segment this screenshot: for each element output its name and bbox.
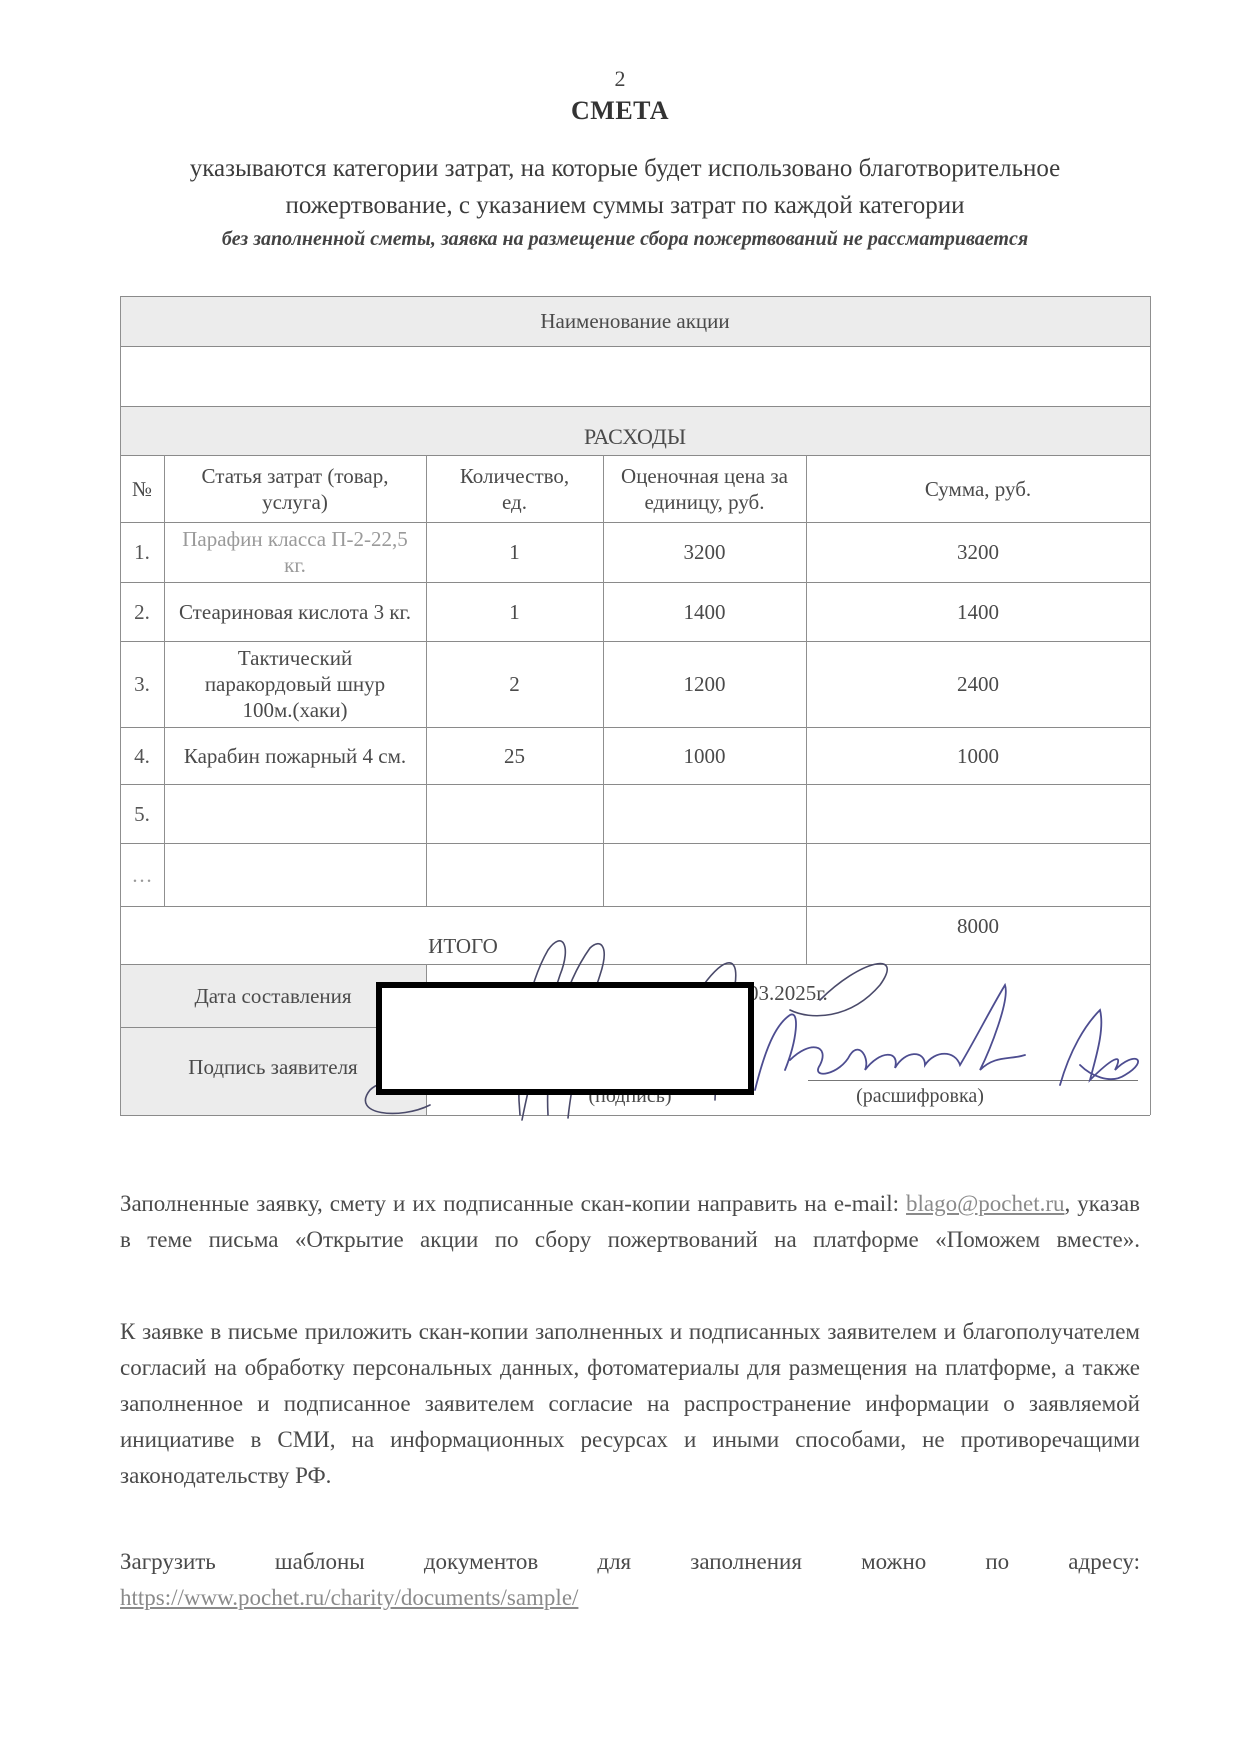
action-name-field[interactable] [120,346,1150,406]
email-link[interactable]: blago@pochet.ru [906,1191,1065,1216]
row-item[interactable] [164,784,426,843]
row-num: 5. [120,784,164,843]
row-num: … [120,843,164,906]
row-num: 4. [120,727,164,784]
row-num: 2. [120,582,164,641]
row-item[interactable] [164,843,426,906]
row-item[interactable]: Парафин класса П-2-22,5 кг. [164,522,426,582]
instructions-paragraph-2: К заявке в письме приложить скан-копии з… [120,1314,1140,1494]
row-qty[interactable]: 1 [426,522,603,582]
row-item[interactable]: Стеариновая кислота 3 кг. [164,582,426,641]
col-header-qty: Количество, ед. [426,455,603,522]
row-sum[interactable]: 2400 [806,641,1150,727]
subtitle-line-2: пожертвование, с указанием суммы затрат … [110,187,1140,224]
date-value[interactable]: 03.2025г. [748,964,858,1022]
row-sum[interactable] [806,784,1150,843]
templates-link[interactable]: https://www.pochet.ru/charity/documents/… [120,1585,578,1610]
row-sum[interactable] [806,843,1150,906]
row-qty[interactable]: 1 [426,582,603,641]
redaction-box [376,982,754,1095]
instructions-paragraph-3: Загрузить шаблоны документов для заполне… [120,1544,1140,1616]
row-price[interactable] [603,784,806,843]
row-price[interactable] [603,843,806,906]
p1-text: Заполненные заявку, смету и их подписанн… [120,1191,899,1216]
row-price[interactable]: 1000 [603,727,806,784]
page-number: 2 [0,66,1240,92]
row-qty[interactable]: 2 [426,641,603,727]
col-header-num: № [120,455,164,522]
expenses-header: РАСХОДЫ [120,406,1150,456]
row-qty[interactable] [426,784,603,843]
row-item[interactable]: Тактический паракордовый шнур 100м.(хаки… [164,641,426,727]
decoding-caption: (расшифровка) [830,1082,1010,1110]
row-sum[interactable]: 3200 [806,522,1150,582]
total-value[interactable]: 8000 [806,906,1150,946]
decoding-line [808,1080,1138,1081]
col-header-item: Статья затрат (товар, услуга) [164,455,426,522]
action-name-header: Наименование акции [120,296,1150,346]
col-header-price: Оценочная цена за единицу, руб. [603,455,806,522]
row-sum[interactable]: 1400 [806,582,1150,641]
p3-text: Загрузить шаблоны документов для заполне… [120,1544,1140,1580]
row-price[interactable]: 3200 [603,522,806,582]
subtitle-line-1: указываются категории затрат, на которые… [110,150,1140,187]
row-sum[interactable]: 1000 [806,727,1150,784]
row-qty[interactable]: 25 [426,727,603,784]
row-item[interactable]: Карабин пожарный 4 см. [164,727,426,784]
document-title: СМЕТА [0,96,1240,126]
instructions-paragraph-1: Заполненные заявку, смету и их подписанн… [120,1186,1140,1258]
warning-note: без заполненной сметы, заявка на размеще… [110,228,1140,251]
row-price[interactable]: 1400 [603,582,806,641]
row-price[interactable]: 1200 [603,641,806,727]
total-label: ИТОГО [120,906,806,964]
row-num: 3. [120,641,164,727]
row-qty[interactable] [426,843,603,906]
col-header-sum: Сумма, руб. [806,455,1150,522]
document-subtitle: указываются категории затрат, на которые… [110,150,1140,224]
row-num: 1. [120,522,164,582]
